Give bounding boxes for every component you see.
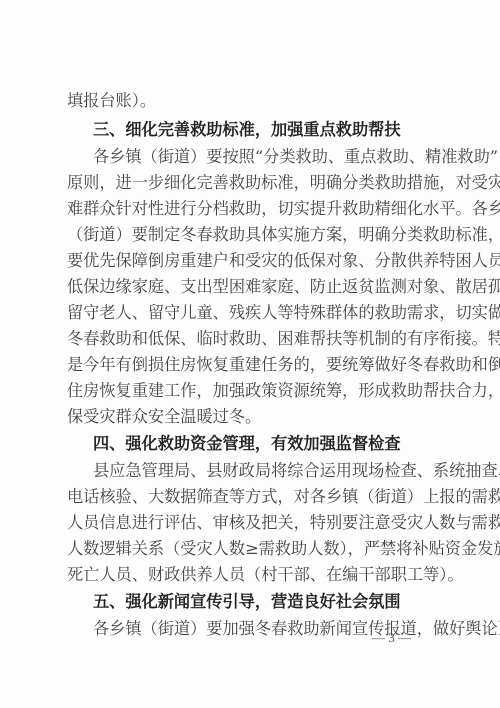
- document-page: 填报台账）。 三、细化完善救助标准，加强重点救助帮扶 各乡镇（街道）要按照“分类…: [0, 0, 500, 708]
- paragraph-line: 保受灾群众安全温暖过冬。: [67, 405, 439, 429]
- paragraph-line: 冬春救助和低保、临时救助、困难帮扶等机制的有序衔接。特别: [67, 327, 439, 351]
- paragraph-line: 人数逻辑关系（受灾人数≥需救助人数），严禁将补贴资金发放给: [67, 537, 439, 561]
- paragraph-line: 是今年有倒损住房恢复重建任务的，要统筹做好冬春救助和倒损: [67, 353, 439, 377]
- paragraph-line: 县应急管理局、县财政局将综合运用现场检查、系统抽查、: [93, 459, 439, 483]
- paragraph-line: 各乡镇（街道）要按照“分类救助、重点救助、精准救助”: [93, 145, 439, 169]
- paragraph-line: 电话核验、大数据筛查等方式，对各乡镇（街道）上报的需救助: [67, 485, 439, 509]
- paragraph-line: 人员信息进行评估、审核及把关，特别要注意受灾人数与需救助: [67, 511, 439, 535]
- section-heading-3: 三、细化完善救助标准，加强重点救助帮扶: [93, 118, 401, 142]
- paragraph-line: （街道）要制定冬春救助具体实施方案，明确分类救助标准，要: [67, 223, 439, 247]
- paragraph-line: 填报台账）。: [67, 89, 439, 113]
- paragraph-line: 难群众针对性进行分档救助，切实提升救助精细化水平。各乡镇: [67, 197, 439, 221]
- paragraph-line: 留守老人、留守儿童、残疾人等特殊群体的救助需求，切实做好: [67, 301, 439, 325]
- paragraph-line: 死亡人员、财政供养人员（村干部、在编干部职工等）。: [67, 563, 439, 587]
- paragraph-line: 要优先保障倒房重建户和受灾的低保对象、分散供养特困人员、: [67, 249, 439, 273]
- paragraph-line: 住房恢复重建工作，加强政策资源统筹，形成救助帮扶合力，确: [67, 379, 439, 403]
- page-number: — 3 —: [372, 630, 411, 646]
- paragraph-line: 原则，进一步细化完善救助标准，明确分类救助措施，对受灾困: [67, 171, 439, 195]
- section-heading-5: 五、强化新闻宣传引导，营造良好社会氛围: [93, 590, 401, 614]
- paragraph-line: 低保边缘家庭、支出型困难家庭、防止返贫监测对象、散居孤儿、: [67, 275, 439, 299]
- section-heading-4: 四、强化救助资金管理，有效加强监督检查: [93, 432, 401, 456]
